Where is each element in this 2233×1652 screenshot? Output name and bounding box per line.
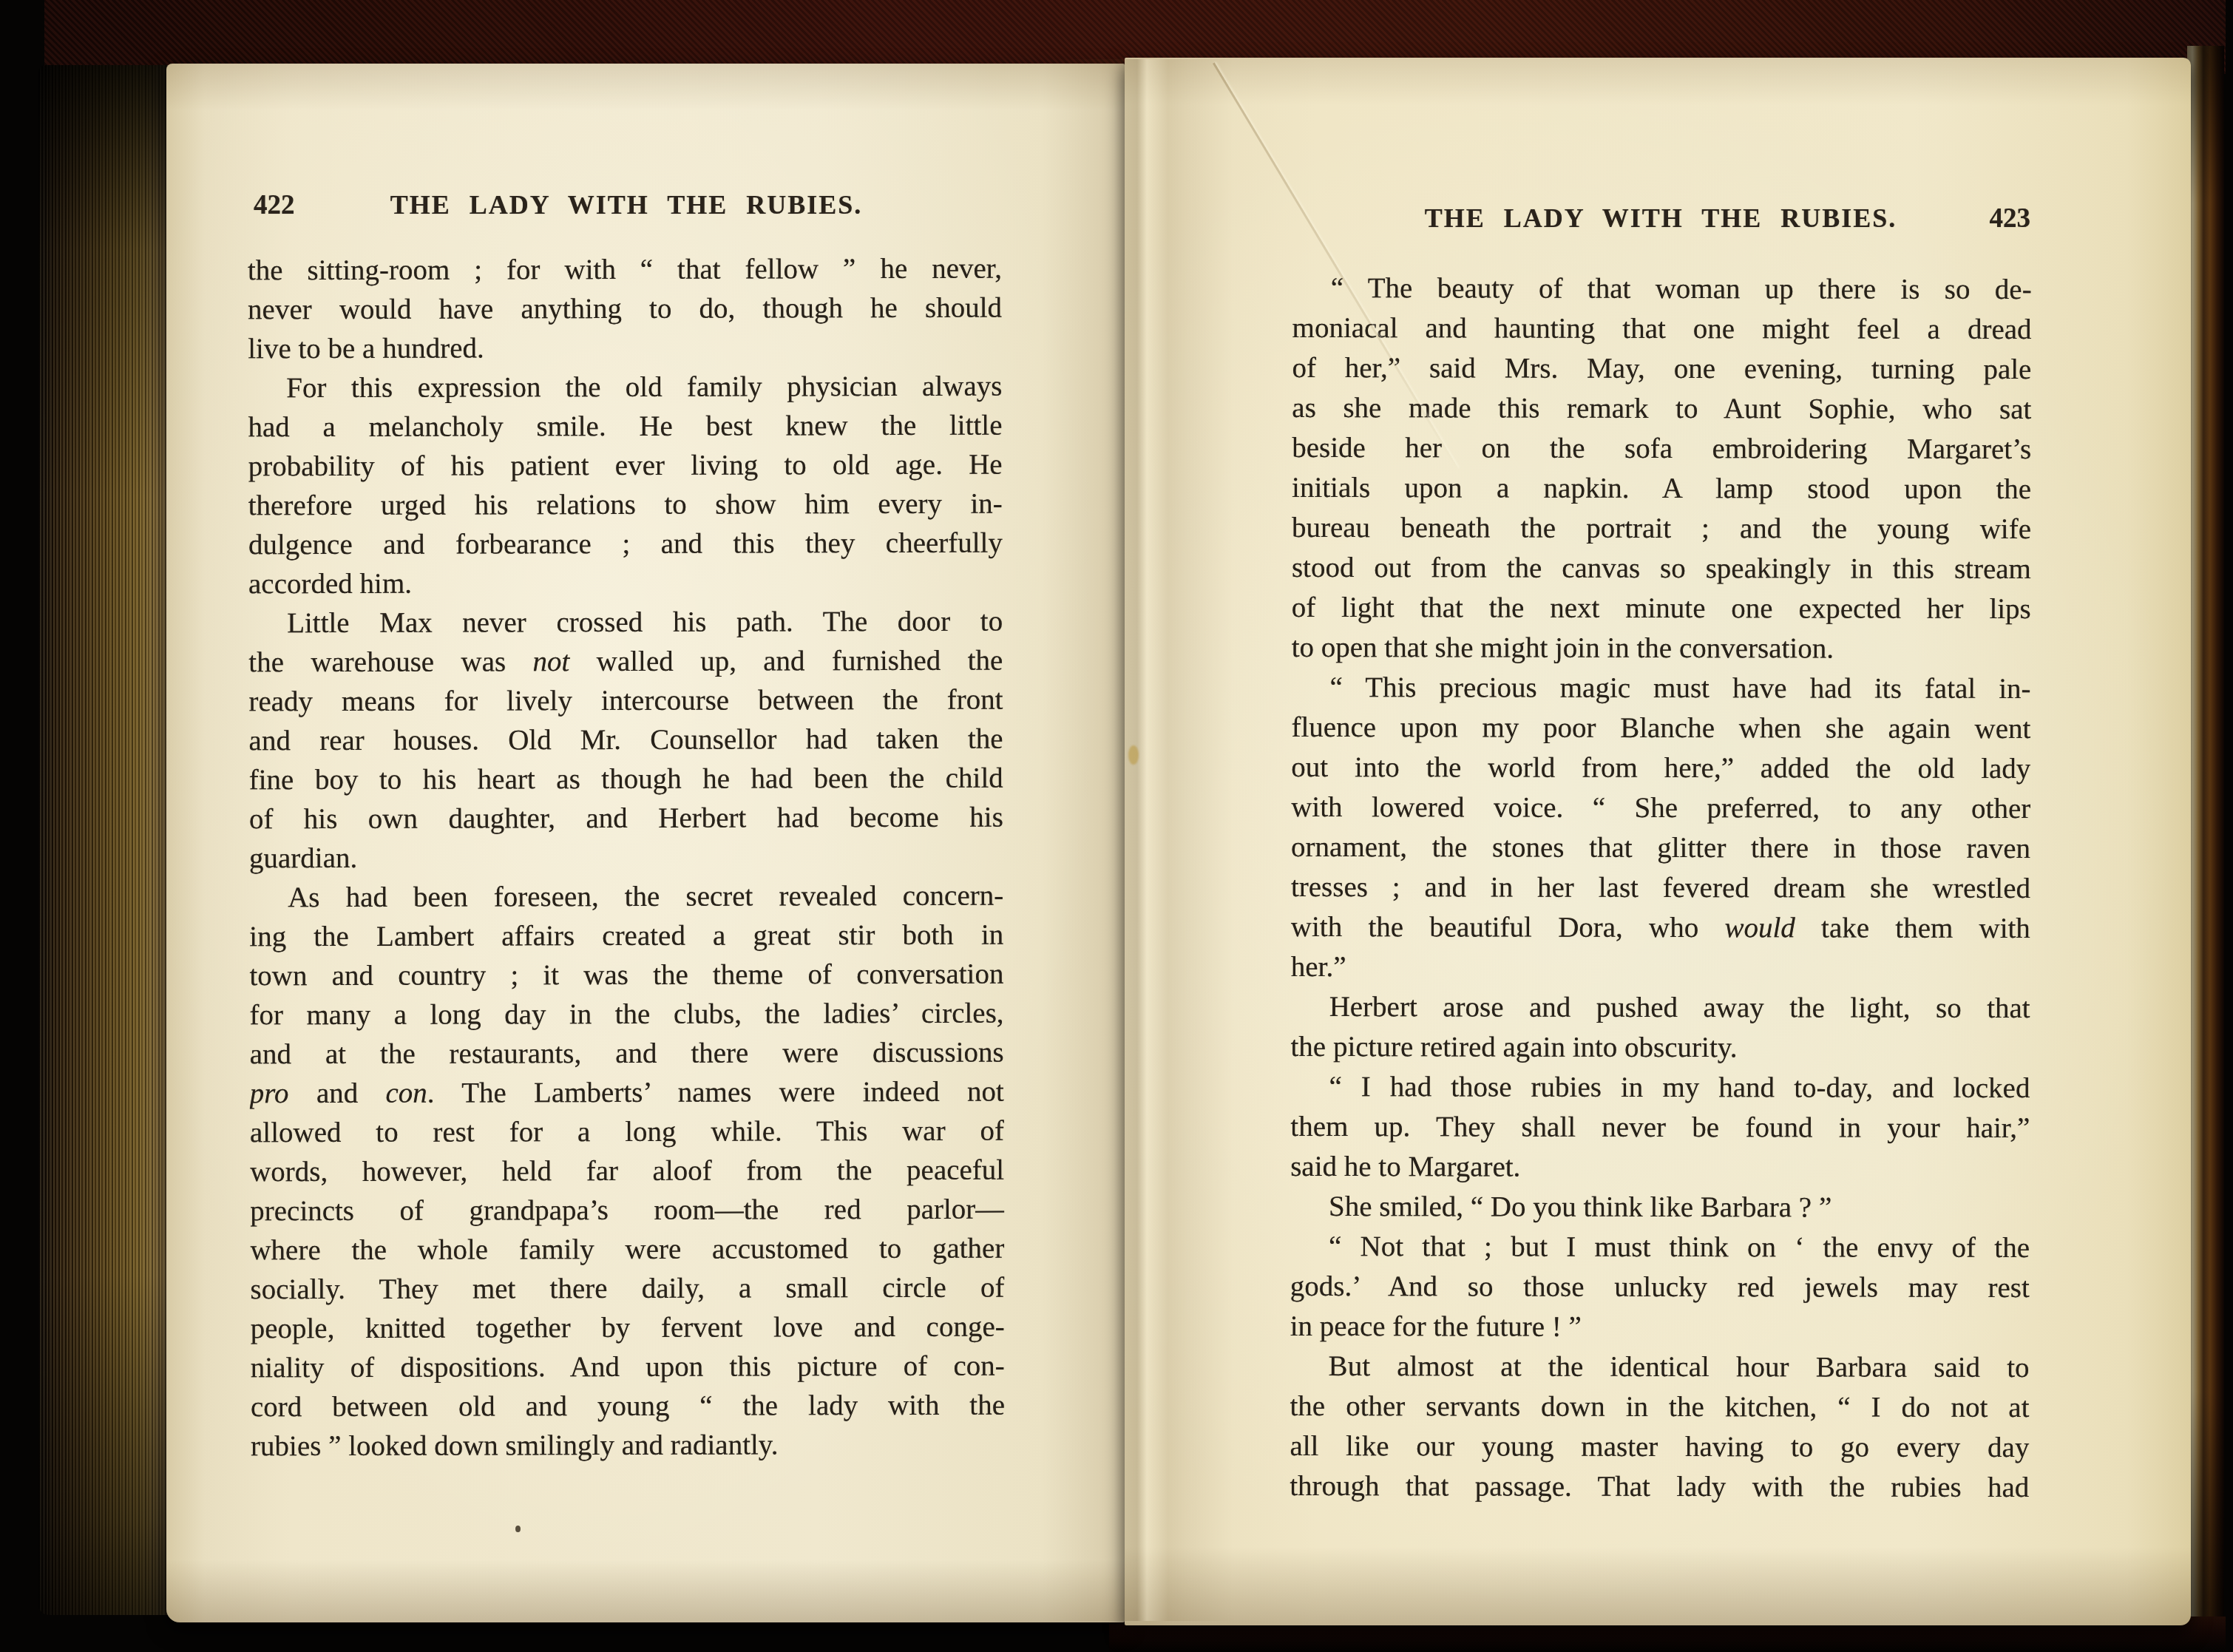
- text-line: the picture retired again into obscurity…: [1290, 1027, 2030, 1069]
- text-line: ornament, the stones that glitter there …: [1291, 827, 2030, 869]
- text-line: guardian.: [249, 837, 1003, 879]
- text-line: “ This precious magic must have had its …: [1292, 668, 2031, 709]
- paragraph: As had been foreseen, the secret reveale…: [249, 876, 1005, 1466]
- left-running-title: THE LADY WITH THE RUBIES.: [249, 189, 1003, 220]
- paragraph: Little Max never crossed his path. The d…: [248, 602, 1003, 879]
- text-line: in peace for the future ! ”: [1290, 1307, 2030, 1348]
- text-line: niality of dispositions. And upon this p…: [251, 1347, 1005, 1388]
- text-line: “ Not that ; but I must think on ‘ the e…: [1290, 1227, 2030, 1268]
- open-book-scan: 422 THE LADY WITH THE RUBIES. the sittin…: [0, 0, 2233, 1652]
- left-page-number: 422: [254, 189, 295, 221]
- text-line: She smiled, “ Do you think like Barbara …: [1290, 1187, 2030, 1228]
- text-line: of her,” said Mrs. May, one evening, tur…: [1292, 348, 2031, 390]
- paragraph: the sitting-room ; for with “ that fello…: [248, 249, 1002, 369]
- paragraph: She smiled, “ Do you think like Barbara …: [1290, 1187, 2030, 1228]
- text-line: probability of his patient ever living t…: [248, 445, 1003, 487]
- right-page-text: “ The beauty of that woman up there is s…: [1290, 268, 2032, 1508]
- paragraph: “ I had those rubies in my hand to-day, …: [1290, 1067, 2030, 1188]
- paragraph: For this expression the old family physi…: [248, 367, 1003, 604]
- left-page-header: 422 THE LADY WITH THE RUBIES.: [249, 189, 1003, 228]
- text-line: ing the Lambert affairs created a great …: [249, 915, 1003, 957]
- left-page: 422 THE LADY WITH THE RUBIES. the sittin…: [166, 64, 1125, 1622]
- right-page-number: 423: [1990, 203, 2031, 234]
- text-line: for many a long day in the clubs, the la…: [249, 994, 1003, 1035]
- text-line: For this expression the old family physi…: [248, 367, 1002, 408]
- text-line: her.”: [1291, 947, 2030, 989]
- text-line: rubies ” looked down smilingly and radia…: [251, 1425, 1005, 1466]
- left-page-text: the sitting-room ; for with “ that fello…: [248, 249, 1005, 1466]
- text-line: them up. They shall never be found in yo…: [1290, 1107, 2030, 1148]
- text-line: precincts of grandpapa’s room—the red pa…: [250, 1190, 1004, 1231]
- text-line: gods.’ And so those unlucky red jewels m…: [1290, 1267, 2030, 1308]
- text-line: moniacal and haunting that one might fee…: [1292, 308, 2032, 350]
- text-line: out into the world from here,” added the…: [1291, 748, 2030, 789]
- text-line: with the beautiful Dora, who would take …: [1291, 907, 2030, 949]
- left-page-stack-edge: [38, 65, 179, 1615]
- text-line: of his own daughter, and Herbert had bec…: [249, 798, 1003, 839]
- text-line: with lowered voice. “ She preferred, to …: [1291, 788, 2030, 829]
- right-page-header: THE LADY WITH THE RUBIES. 423: [1291, 203, 2030, 241]
- text-line: and at the restaurants, and there were d…: [250, 1033, 1004, 1074]
- paragraph: Herbert arose and pushed away the light,…: [1290, 987, 2030, 1069]
- right-page-stack-edge: [2187, 46, 2224, 1628]
- right-running-title: THE LADY WITH THE RUBIES.: [1291, 203, 2030, 234]
- paragraph: But almost at the identical hour Barbara…: [1290, 1347, 2029, 1508]
- text-line: tresses ; and in her last fevered dream …: [1291, 867, 2030, 909]
- paragraph: “ Not that ; but I must think on ‘ the e…: [1290, 1227, 2030, 1348]
- text-line: accorded him.: [248, 563, 1003, 604]
- text-line: never would have anything to do, though …: [248, 288, 1002, 330]
- text-line: stood out from the canvas so speakingly …: [1292, 548, 2031, 589]
- text-line: socially. They met there daily, a small …: [250, 1268, 1004, 1310]
- text-line: all like our young master having to go e…: [1290, 1426, 2029, 1468]
- text-line: initials upon a napkin. A lamp stood upo…: [1292, 468, 2031, 510]
- text-line: had a melancholy smile. He best knew the…: [248, 406, 1002, 447]
- text-line: “ The beauty of that woman up there is s…: [1292, 268, 2032, 310]
- text-line: words, however, held far aloof from the …: [250, 1151, 1004, 1192]
- text-line: bureau beneath the portrait ; and the yo…: [1292, 508, 2031, 549]
- text-line: therefore urged his relations to show hi…: [248, 484, 1003, 526]
- text-line: people, knitted together by fervent love…: [251, 1307, 1005, 1349]
- text-line: beside her on the sofa embroidering Marg…: [1292, 428, 2031, 470]
- text-line: to open that she might join in the conve…: [1292, 628, 2031, 669]
- text-line: pro and con. The Lamberts’ names were in…: [250, 1072, 1004, 1114]
- text-line: of light that the next minute one expect…: [1292, 588, 2031, 629]
- text-line: “ I had those rubies in my hand to-day, …: [1290, 1067, 2030, 1108]
- text-line: and rear houses. Old Mr. Counsellor had …: [249, 720, 1003, 761]
- text-line: the sitting-room ; for with “ that fello…: [248, 249, 1002, 291]
- text-line: said he to Margaret.: [1290, 1147, 2030, 1188]
- text-line: live to be a hundred.: [248, 328, 1002, 369]
- text-line: the other servants down in the kitchen, …: [1290, 1387, 2029, 1428]
- text-line: the warehouse was not walled up, and fur…: [248, 641, 1003, 683]
- text-line: allowed to rest for a long while. This w…: [250, 1111, 1004, 1153]
- text-line: town and country ; it was the theme of c…: [249, 955, 1003, 996]
- text-line: fine boy to his heart as though he had b…: [249, 759, 1003, 800]
- text-line: dulgence and forbearance ; and this they…: [248, 524, 1003, 565]
- text-line: fluence upon my poor Blanche when she ag…: [1291, 708, 2030, 749]
- text-line: as she made this remark to Aunt Sophie, …: [1292, 388, 2031, 430]
- text-line: through that passage. That lady with the…: [1290, 1466, 2029, 1508]
- text-line: ready means for lively intercourse betwe…: [248, 680, 1003, 722]
- right-page: THE LADY WITH THE RUBIES. 423 “ The beau…: [1125, 58, 2191, 1625]
- paragraph: “ This precious magic must have had its …: [1291, 668, 2031, 989]
- text-line: But almost at the identical hour Barbara…: [1290, 1347, 2030, 1388]
- text-line: As had been foreseen, the secret reveale…: [249, 876, 1003, 918]
- paragraph: “ The beauty of that woman up there is s…: [1292, 268, 2032, 669]
- text-line: Herbert arose and pushed away the light,…: [1291, 987, 2030, 1029]
- text-line: where the whole family were accustomed t…: [250, 1229, 1004, 1270]
- text-line: Little Max never crossed his path. The d…: [248, 602, 1003, 643]
- text-line: cord between old and young “ the lady wi…: [251, 1386, 1005, 1427]
